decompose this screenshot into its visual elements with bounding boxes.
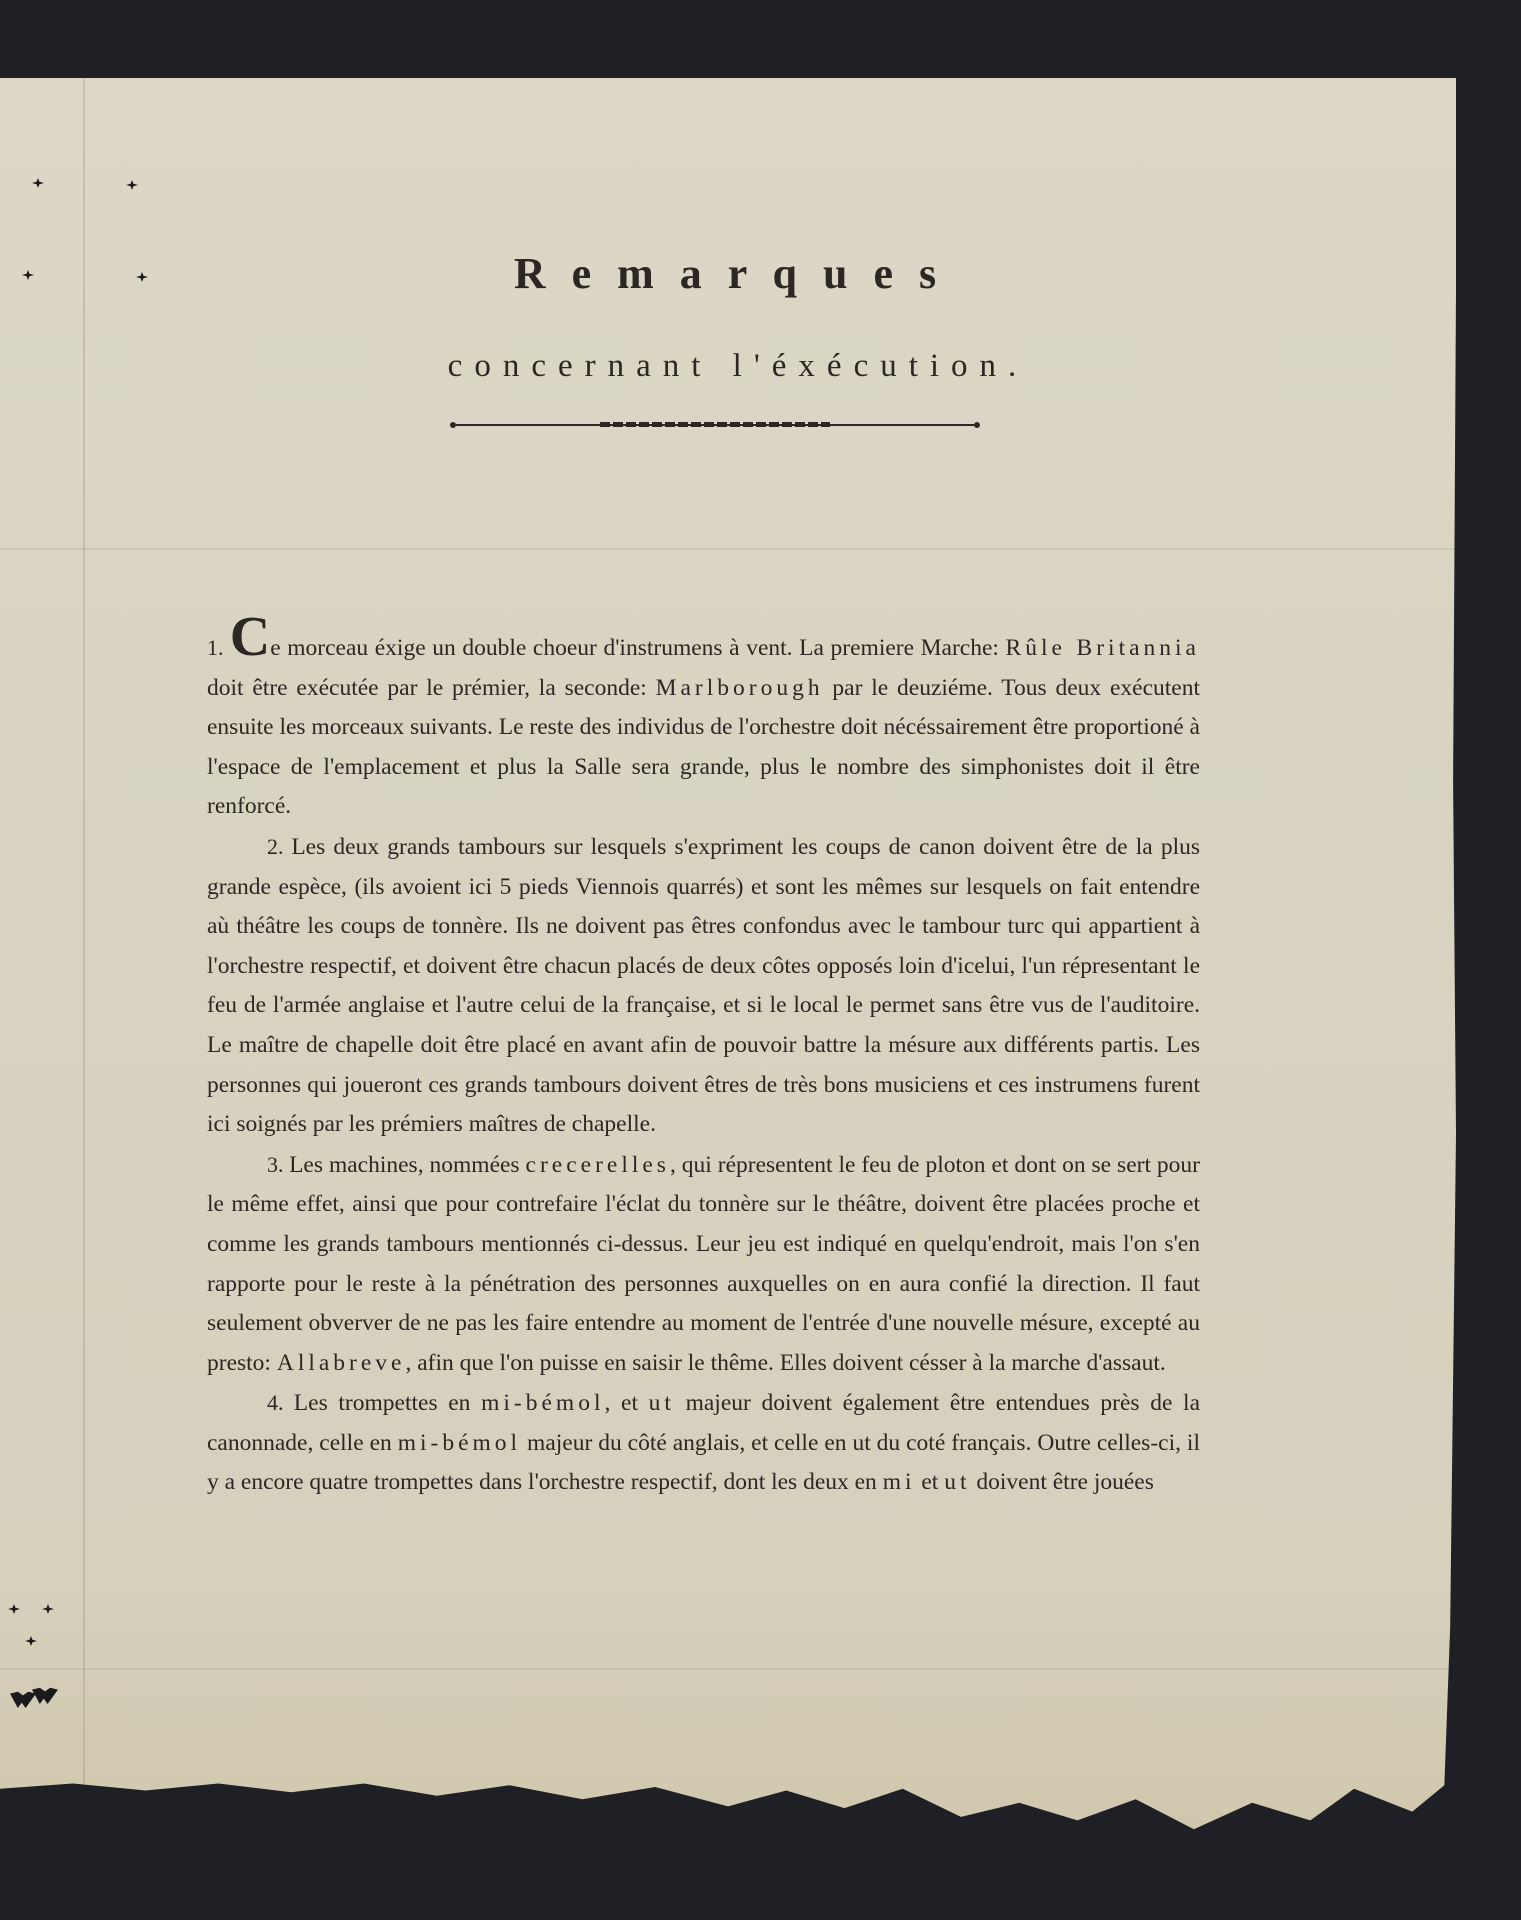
emphasized-term: ut xyxy=(944,1469,970,1495)
paragraph-number: 2. xyxy=(267,834,291,859)
paragraph-number: 1. xyxy=(207,635,230,660)
body-text: 1. Ce morceau éxige un double choeur d'i… xyxy=(207,622,1200,1503)
emphasized-term: Marlborough xyxy=(656,675,824,701)
emphasized-term: mi-bémol xyxy=(481,1390,604,1416)
text-segment: , qui répresentent le feu de ploton et d… xyxy=(207,1152,1200,1376)
paragraph: 3. Les machines, nommées crecerelles, qu… xyxy=(207,1145,1200,1384)
text-segment: , et xyxy=(604,1390,648,1416)
emphasized-term: Allabreve xyxy=(277,1350,406,1376)
emphasized-term: crecerelles xyxy=(526,1152,670,1178)
emphasized-term: Rûle Britannia xyxy=(1006,635,1200,661)
ornamental-rule xyxy=(450,421,980,429)
text-segment: Les trompettes en xyxy=(294,1390,481,1416)
page-title: Remarques xyxy=(0,248,1466,299)
paragraph-number: 4. xyxy=(267,1390,294,1415)
text-segment: e morceau éxige un double choeur d'instr… xyxy=(270,635,1005,661)
ornament-dot-icon xyxy=(974,422,980,428)
paragraph: 2. Les deux grands tambours sur lesquels… xyxy=(207,827,1200,1145)
page-subtitle: concernant l'éxécution. xyxy=(0,348,1466,385)
paragraph: 1. Ce morceau éxige un double choeur d'i… xyxy=(207,622,1200,827)
drop-cap: C xyxy=(230,606,270,668)
document-content: Remarques concernant l'éxécution. 1. Ce … xyxy=(0,78,1456,1838)
emphasized-term: mi-bémol xyxy=(398,1430,521,1456)
text-segment: , afin que l'on puisse en saisir le thêm… xyxy=(406,1350,1166,1376)
text-segment: doit être exécutée par le prémier, la se… xyxy=(207,675,656,701)
paper-page: Remarques concernant l'éxécution. 1. Ce … xyxy=(0,78,1456,1838)
text-segment: doivent être jouées xyxy=(971,1469,1154,1495)
paragraph: 4. Les trompettes en mi-bémol, et ut maj… xyxy=(207,1383,1200,1503)
text-segment: Les deux grands tambours sur lesquels s'… xyxy=(207,834,1200,1137)
paragraph-number: 3. xyxy=(267,1152,289,1177)
text-segment: Les machines, nommées xyxy=(289,1152,525,1178)
emphasized-term: mi xyxy=(883,1469,916,1495)
text-segment: et xyxy=(916,1469,945,1495)
emphasized-term: ut xyxy=(649,1390,675,1416)
